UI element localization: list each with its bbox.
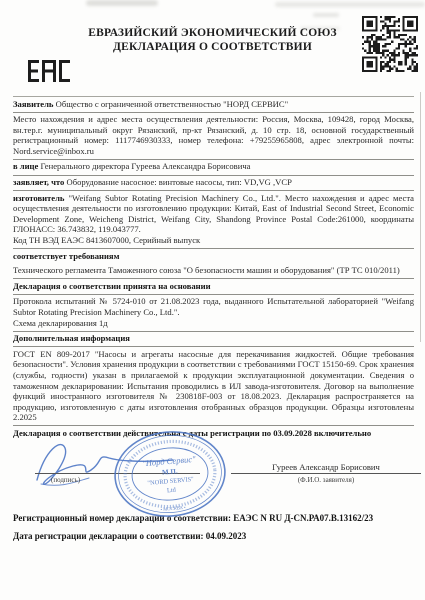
manufacturer-label: изготовитель xyxy=(13,193,64,203)
tn-ved-code: Код ТН ВЭД ЕАЭС 8413607000, Серийный вып… xyxy=(13,235,414,246)
document-header: ЕВРАЗИЙСКИЙ ЭКОНОМИЧЕСКИЙ СОЮЗ ДЕКЛАРАЦИ… xyxy=(0,0,425,96)
address-text: Место нахождения и адрес места осуществл… xyxy=(13,114,414,156)
section-address: Место нахождения и адрес места осуществл… xyxy=(13,113,414,160)
in-person-label: в лице xyxy=(13,161,38,171)
section-meets-text: Технического регламента Таможенного союз… xyxy=(13,264,414,280)
eac-conformity-mark-icon xyxy=(28,55,70,92)
registration-date-value: 04.09.2023 xyxy=(206,531,247,541)
declaration-document: ЕВРАЗИЙСКИЙ ЭКОНОМИЧЕСКИЙ СОЮЗ ДЕКЛАРАЦИ… xyxy=(0,0,425,600)
section-basis: Протокола испытаний № 5724-010 от 21.08.… xyxy=(13,295,414,332)
signature-caption: (подпись) xyxy=(51,475,80,486)
section-applicant: Заявитель Общество с ограниченной ответс… xyxy=(13,96,414,113)
document-body: Заявитель Общество с ограниченной ответс… xyxy=(13,96,414,541)
section-in-person: в лице Генерального директора Гуреева Ал… xyxy=(13,160,414,176)
additional-text: ГОСТ EN 809-2017 "Насосы и агрегаты насо… xyxy=(13,349,414,423)
basis-text: Протокола испытаний № 5724-010 от 21.08.… xyxy=(13,296,414,317)
stamp-ltd: Ltd xyxy=(167,487,177,495)
stamp-mp: М.П. xyxy=(162,467,178,476)
registration-date-label: Дата регистрации декларации о соответств… xyxy=(13,531,204,541)
stamp-company-ru: "Норд Сервис" xyxy=(142,454,197,469)
scan-edge-artifact xyxy=(420,92,421,342)
section-meets-heading: соответствует требованиям xyxy=(13,249,414,264)
name-line xyxy=(231,473,421,474)
registration-date-line: Дата регистрации декларации о соответств… xyxy=(13,531,414,542)
declares-label: заявляет, что xyxy=(13,177,64,187)
applicant-label: Заявитель xyxy=(13,99,53,109)
title-line-2: ДЕКЛАРАЦИЯ О СООТВЕТСТВИИ xyxy=(63,40,363,54)
page-title: ЕВРАЗИЙСКИЙ ЭКОНОМИЧЕСКИЙ СОЮЗ ДЕКЛАРАЦИ… xyxy=(63,26,363,54)
registration-number-value: ЕАЭС N RU Д-CN.РА07.В.13162/23 xyxy=(233,513,373,523)
section-basis-heading: Декларация о соответствии принята на осн… xyxy=(13,279,414,295)
section-additional-heading: Дополнительная информация xyxy=(13,332,414,348)
scheme-text: Схема декларирования 1д xyxy=(13,318,414,329)
signature-block: (подпись) "Норд Сервис" М.П. "NORD SERVI… xyxy=(13,444,414,506)
section-manufacturer: изготовитель "Weifang Subtor Rotating Pr… xyxy=(13,191,414,249)
applicant-value: Общество с ограниченной ответственностью… xyxy=(56,99,289,109)
declares-value: Оборудование насосное: винтовые насосы, … xyxy=(67,177,292,187)
stamp-company-en: "NORD SERVIS" xyxy=(147,476,194,487)
meets-heading: соответствует требованиям xyxy=(13,251,414,262)
meets-text: Технического регламента Таможенного союз… xyxy=(13,265,414,276)
basis-heading: Декларация о соответствии принята на осн… xyxy=(13,281,414,292)
in-person-value: Генерального директора Гуреева Александр… xyxy=(40,161,250,171)
additional-heading: Дополнительная информация xyxy=(13,333,414,344)
name-caption: (Ф.И.О. заявителя) xyxy=(231,475,421,486)
applicant-name: Гуреев Александр Борисович xyxy=(231,462,421,473)
title-line-1: ЕВРАЗИЙСКИЙ ЭКОНОМИЧЕСКИЙ СОЮЗ xyxy=(63,26,363,40)
qr-code-icon xyxy=(362,16,418,77)
manufacturer-value: "Weifang Subtor Rotating Precision Machi… xyxy=(13,193,414,235)
section-additional: ГОСТ EN 809-2017 "Насосы и агрегаты насо… xyxy=(13,347,414,426)
company-stamp: "Норд Сервис" М.П. "NORD SERVIS" Ltd • М… xyxy=(107,423,233,525)
section-declares: заявляет, что Оборудование насосное: вин… xyxy=(13,176,414,192)
